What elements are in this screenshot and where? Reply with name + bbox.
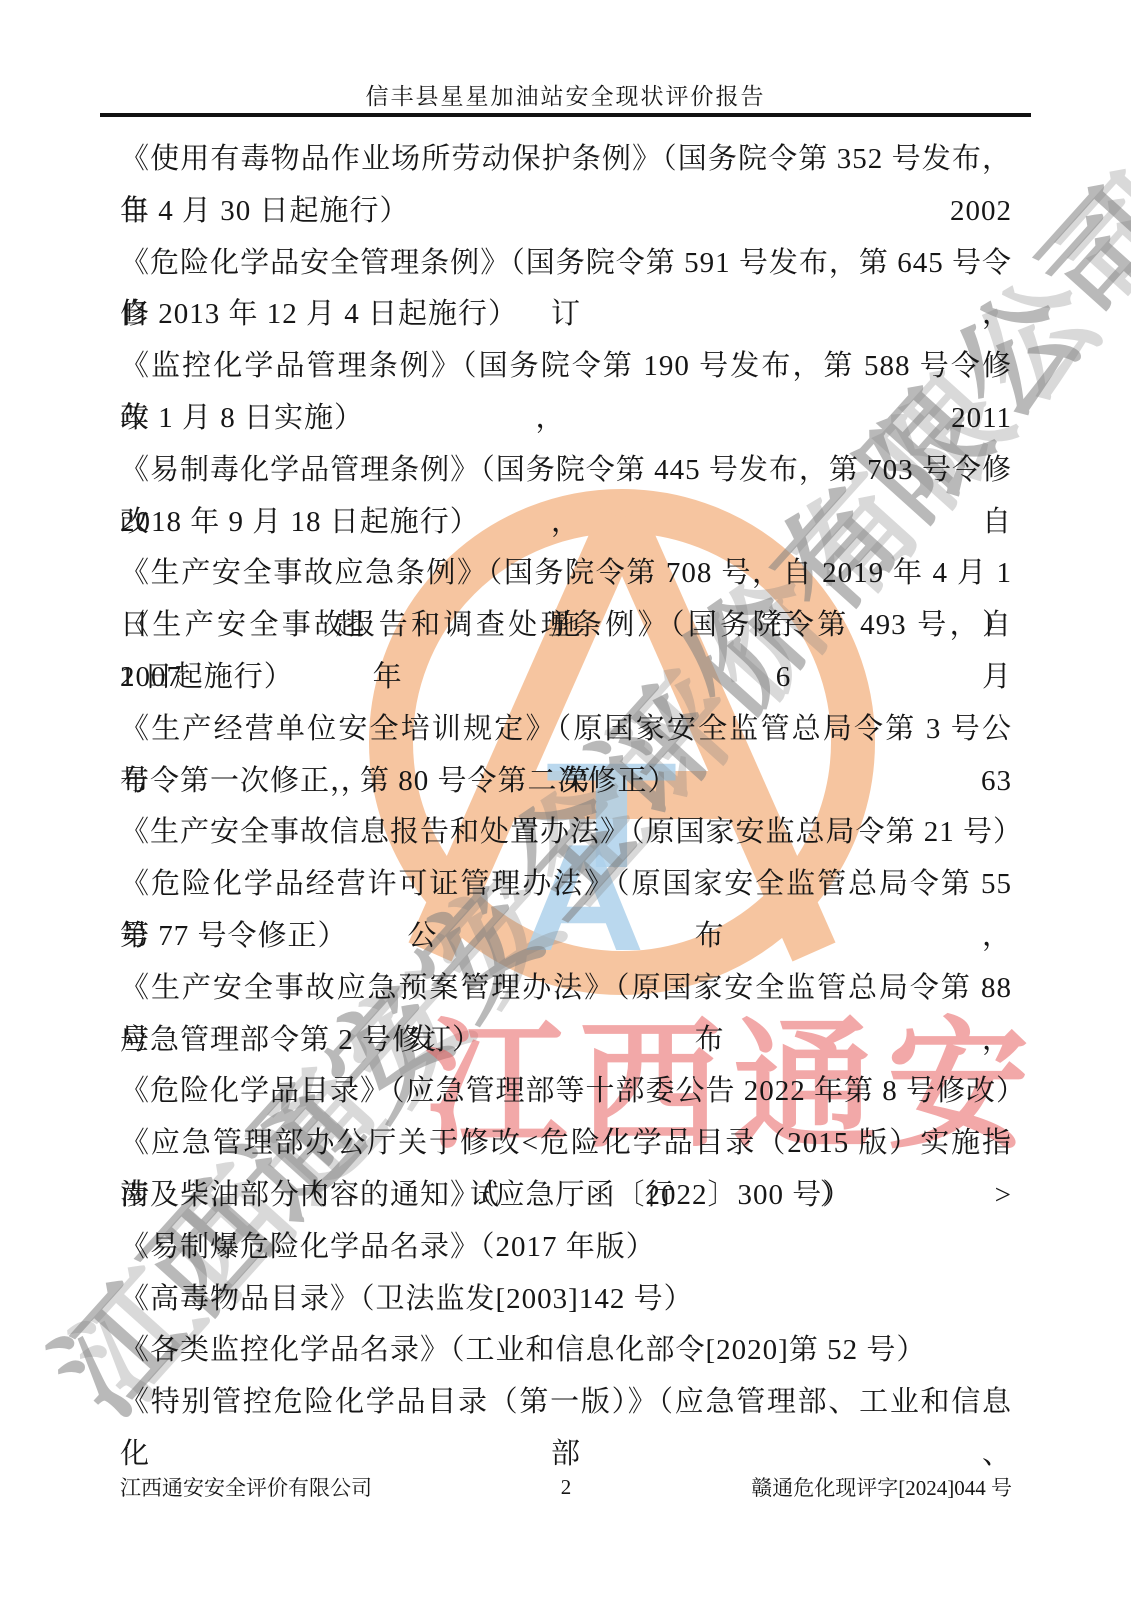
body-line: 《危险化学品经营许可证管理办法》（原国家安全监管总局令第 55 号公布， xyxy=(120,859,1012,911)
footer-doc-number: 赣通危化现评字[2024]044 号 xyxy=(751,1472,1012,1502)
body-line: 《生产安全事故应急预案管理办法》（原国家安全监管总局令第 88 号发布， xyxy=(120,963,1012,1015)
body-line: 《使用有毒物品作业场所劳动保护条例》（国务院令第 352 号发布，自 2002 xyxy=(120,134,1012,186)
content-layer: 信丰县星星加油站安全现状评价报告 《使用有毒物品作业场所劳动保护条例》（国务院令… xyxy=(0,0,1131,1600)
body-line: 《各类监控化学品名录》（工业和信息化部令[2020]第 52 号） xyxy=(120,1325,1012,1377)
body-line: 《生产经营单位安全培训规定》（原国家安全监管总局令第 3 号公布，第 63 xyxy=(120,704,1012,756)
body-text: 《使用有毒物品作业场所劳动保护条例》（国务院令第 352 号发布，自 2002年… xyxy=(120,134,1012,1429)
document-page: T A 江西通安安全评价有限公司 江西通安 信丰县星星加油站安全现状评价报告 《… xyxy=(0,0,1131,1600)
body-line: 《易制爆危险化学品名录》（2017 年版） xyxy=(120,1222,1012,1274)
page-header-title: 信丰县星星加油站安全现状评价报告 xyxy=(100,78,1031,111)
body-line: 《生产安全事故应急条例》（国务院令第 708 号，自 2019 年 4 月 1 … xyxy=(120,548,1012,600)
body-line: 《生产安全事故报告和调查处理条例》（国务院令第 493 号，自 2007 年 6… xyxy=(120,600,1012,652)
body-line: 《特别管控危险化学品目录（第一版）》（应急管理部、工业和信息化部、 xyxy=(120,1377,1012,1429)
body-line: 《危险化学品安全管理条例》（国务院令第 591 号发布，第 645 号令修订， xyxy=(120,238,1012,290)
body-line: 《高毒物品目录》（卫法监发[2003]142 号） xyxy=(120,1274,1012,1326)
body-line: 《生产安全事故信息报告和处置办法》（原国家安监总局令第 21 号） xyxy=(120,807,1012,859)
header-rule xyxy=(100,113,1031,117)
body-line: 《易制毒化学品管理条例》（国务院令第 445 号发布，第 703 号令修改，自 xyxy=(120,445,1012,497)
body-line: 《危险化学品目录》（应急管理部等十部委公告 2022 年第 8 号修改） xyxy=(120,1066,1012,1118)
body-line: 《应急管理部办公厅关于修改<危险化学品目录（2015 版）实施指南（试行）> xyxy=(120,1118,1012,1170)
body-line: 《监控化学品管理条例》（国务院令第 190 号发布，第 588 号令修改，201… xyxy=(120,341,1012,393)
